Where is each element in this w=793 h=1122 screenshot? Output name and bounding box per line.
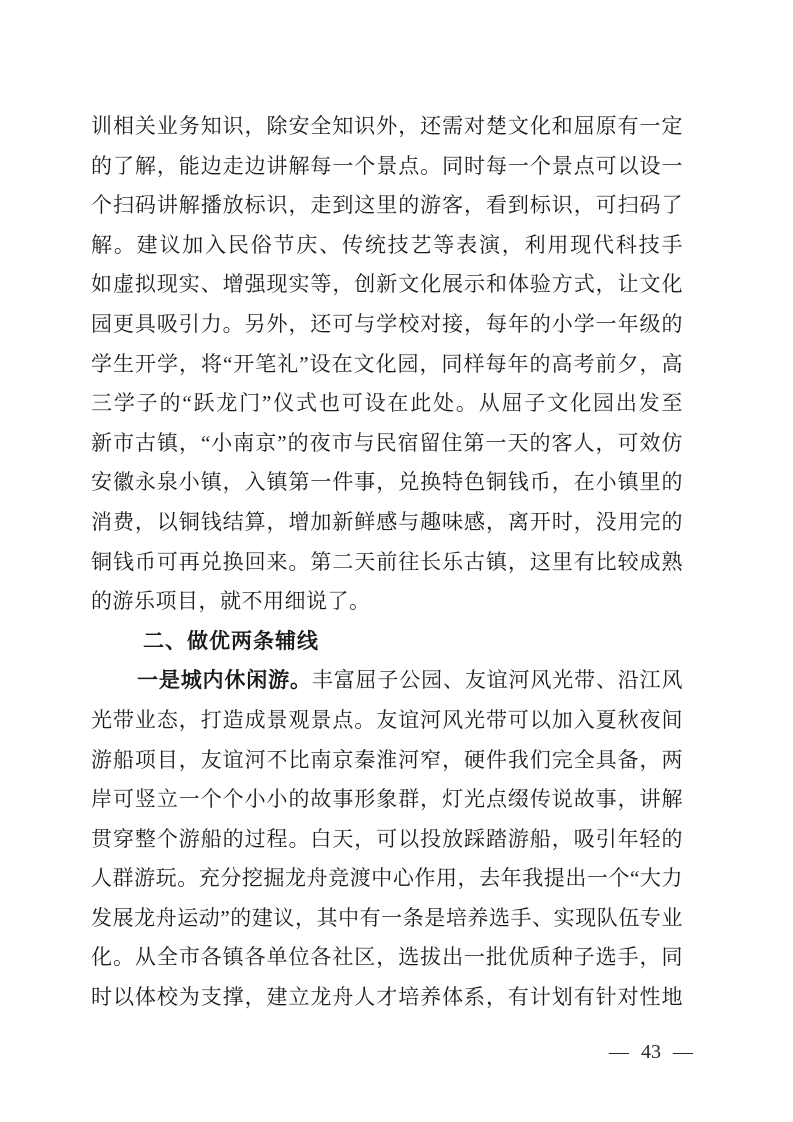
body-text-line: 的游乐项目，就不用细说了。 (91, 582, 683, 622)
section-heading: 二、做优两条辅线 (91, 622, 683, 662)
body-text-line: 铜钱币可再兑换回来。第二天前往长乐古镇，这里有比较成熟 (91, 543, 683, 583)
body-text-line: 三学子的“跃龙门”仪式也可设在此处。从屈子文化园出发至 (91, 384, 683, 424)
body-text-line: 一是城内休闲游。丰富屈子公园、友谊河风光带、沿江风 (91, 661, 683, 701)
body-text-line: 新市古镇，“小南京”的夜市与民宿留住第一天的客人，可效仿 (91, 424, 683, 464)
body-text-line: 如虚拟现实、增强现实等，创新文化展示和体验方式，让文化 (91, 265, 683, 305)
body-text-line: 贯穿整个游船的过程。白天，可以投放踩踏游船，吸引年轻的 (91, 820, 683, 860)
paragraph-lead-bold: 一是城内休闲游。 (137, 668, 312, 692)
body-text-line: 游船项目，友谊河不比南京秦淮河窄，硬件我们完全具备，两 (91, 741, 683, 781)
body-text-line: 园更具吸引力。另外，还可与学校对接，每年的小学一年级的 (91, 305, 683, 345)
body-text-line: 学生开学，将“开笔礼”设在文化园，同样每年的高考前夕，高 (91, 345, 683, 385)
body-text-line: 训相关业务知识，除安全知识外，还需对楚文化和屈原有一定 (91, 107, 683, 147)
body-text-line: 安徽永泉小镇，入镇第一件事，兑换特色铜钱币，在小镇里的 (91, 463, 683, 503)
body-text-line: 人群游玩。充分挖掘龙舟竞渡中心作用，去年我提出一个“大力 (91, 859, 683, 899)
page-footer: —43— (551, 1041, 751, 1064)
body-text-line: 的了解，能边走边讲解每一个景点。同时每一个景点可以设一 (91, 147, 683, 187)
document-body: 训相关业务知识，除安全知识外，还需对楚文化和屈原有一定 的了解，能边走边讲解每一… (91, 107, 683, 1018)
document-page: 训相关业务知识，除安全知识外，还需对楚文化和屈原有一定 的了解，能边走边讲解每一… (0, 0, 793, 1122)
page-number-right-dash: — (667, 1041, 699, 1063)
paragraph-lead-rest: 丰富屈子公园、友谊河风光带、沿江风 (312, 668, 683, 692)
body-text-line: 化。从全市各镇各单位各社区，选拔出一批优质种子选手，同 (91, 938, 683, 978)
body-text-line: 光带业态，打造成景观景点。友谊河风光带可以加入夏秋夜间 (91, 701, 683, 741)
page-number: 43 (635, 1041, 667, 1063)
body-text-line: 个扫码讲解播放标识，走到这里的游客，看到标识，可扫码了 (91, 186, 683, 226)
page-number-left-dash: — (603, 1041, 635, 1063)
body-text-line: 解。建议加入民俗节庆、传统技艺等表演，利用现代科技手段， (91, 226, 683, 266)
body-text-line: 时以体校为支撑，建立龙舟人才培养体系，有计划有针对性地 (91, 978, 683, 1018)
body-text-line: 岸可竖立一个个小小的故事形象群，灯光点缀传说故事，讲解 (91, 780, 683, 820)
body-text-line: 发展龙舟运动”的建议，其中有一条是培养选手、实现队伍专业 (91, 899, 683, 939)
body-text-line: 消费，以铜钱结算，增加新鲜感与趣味感，离开时，没用完的 (91, 503, 683, 543)
